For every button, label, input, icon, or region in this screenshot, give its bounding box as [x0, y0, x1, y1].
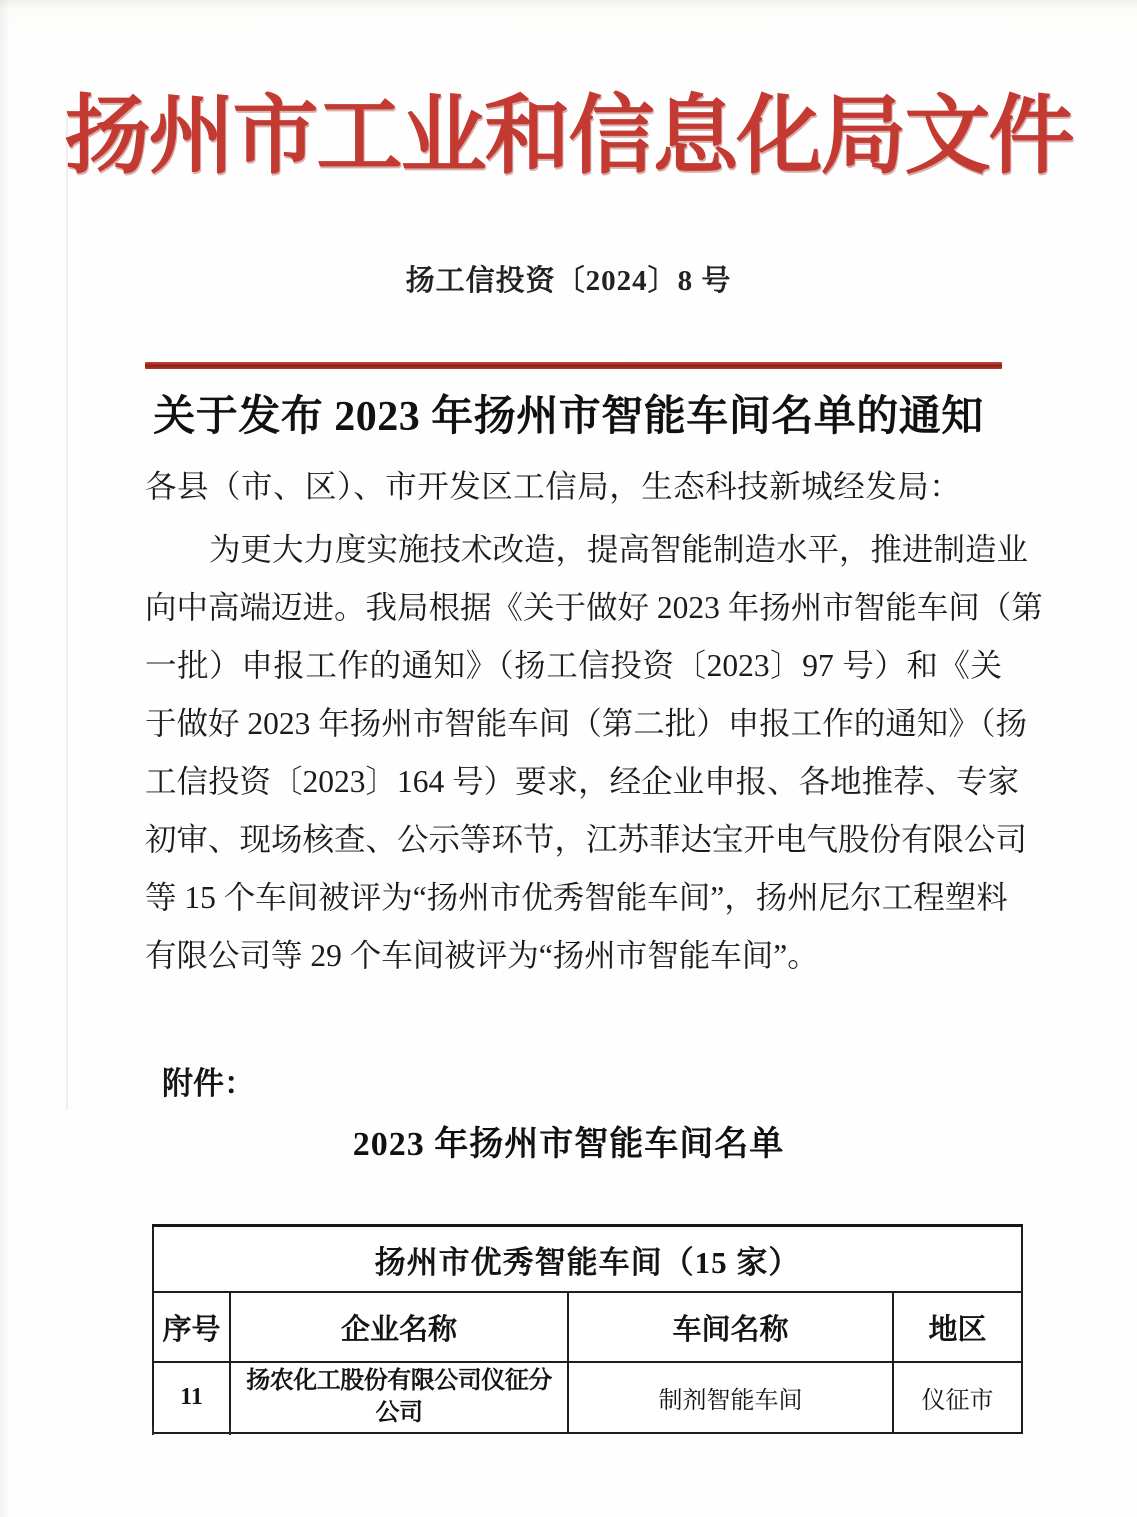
para-line: 等 15 个车间被评为“扬州市优秀智能车间”，扬州尼尔工程塑料 — [145, 869, 1002, 927]
table-title: 扬州市优秀智能车间（15 家） — [153, 1226, 1022, 1293]
para-line: 一批）申报工作的通知》（扬工信投资〔2023〕97 号）和《关 — [145, 637, 1002, 695]
salutation-line: 各县（市、区）、市开发区工信局，生态科技新城经发局： — [145, 462, 1015, 507]
table-header-row: 序号 企业名称 车间名称 地区 — [153, 1292, 1022, 1362]
para-line: 向中高端迈进。我局根据《关于做好 2023 年扬州市智能车间（第 — [145, 579, 1002, 637]
column-header-company: 企业名称 — [230, 1292, 568, 1362]
cell-region: 仪征市 — [893, 1362, 1022, 1433]
cell-workshop-name: 制剂智能车间 — [568, 1362, 893, 1433]
table-cutoff-stub — [152, 1426, 154, 1435]
notice-title: 关于发布 2023 年扬州市智能车间名单的通知 — [0, 383, 1137, 443]
cell-company-name: 扬农化工股份有限公司仪征分公司 — [230, 1362, 568, 1433]
agency-header-title: 扬州市工业和信息化局文件 — [0, 66, 1137, 190]
para-line: 于做好 2023 年扬州市智能车间（第二批）申报工作的通知》（扬 — [145, 695, 1002, 753]
para-line: 初审、现场核查、公示等环节，江苏菲达宝开电气股份有限公司 — [145, 811, 1002, 869]
para-line: 有限公司等 29 个车间被评为“扬州市智能车间”。 — [145, 927, 1002, 985]
document-number: 扬工信投资〔2024〕8 号 — [0, 258, 1137, 299]
cell-row-number: 11 — [153, 1362, 230, 1433]
table-row: 11 扬农化工股份有限公司仪征分公司 制剂智能车间 仪征市 — [153, 1362, 1022, 1433]
table-cutoff-stub — [229, 1426, 231, 1435]
smart-workshop-table: 扬州市优秀智能车间（15 家） 序号 企业名称 车间名称 地区 11 扬农化工股… — [152, 1224, 1023, 1434]
para-line: 工信投资〔2023〕164 号）要求，经企业申报、各地推荐、专家 — [145, 753, 1002, 811]
column-header-no: 序号 — [153, 1292, 230, 1362]
attachment-label: 附件： — [162, 1058, 255, 1103]
table-title-row: 扬州市优秀智能车间（15 家） — [153, 1226, 1022, 1293]
column-header-region: 地区 — [893, 1292, 1022, 1362]
red-divider-rule — [145, 362, 1002, 369]
para-line: 为更大力度实施技术改造，提高智能制造水平，推进制造业 — [145, 521, 1002, 579]
attachment-title: 2023 年扬州市智能车间名单 — [0, 1116, 1137, 1165]
column-header-workshop: 车间名称 — [568, 1292, 893, 1362]
scan-edge-shadow — [0, 0, 10, 1517]
document-page: 扬州市工业和信息化局文件 扬工信投资〔2024〕8 号 关于发布 2023 年扬… — [0, 0, 1137, 1517]
body-paragraph: 为更大力度实施技术改造，提高智能制造水平，推进制造业 向中高端迈进。我局根据《关… — [145, 521, 1002, 985]
